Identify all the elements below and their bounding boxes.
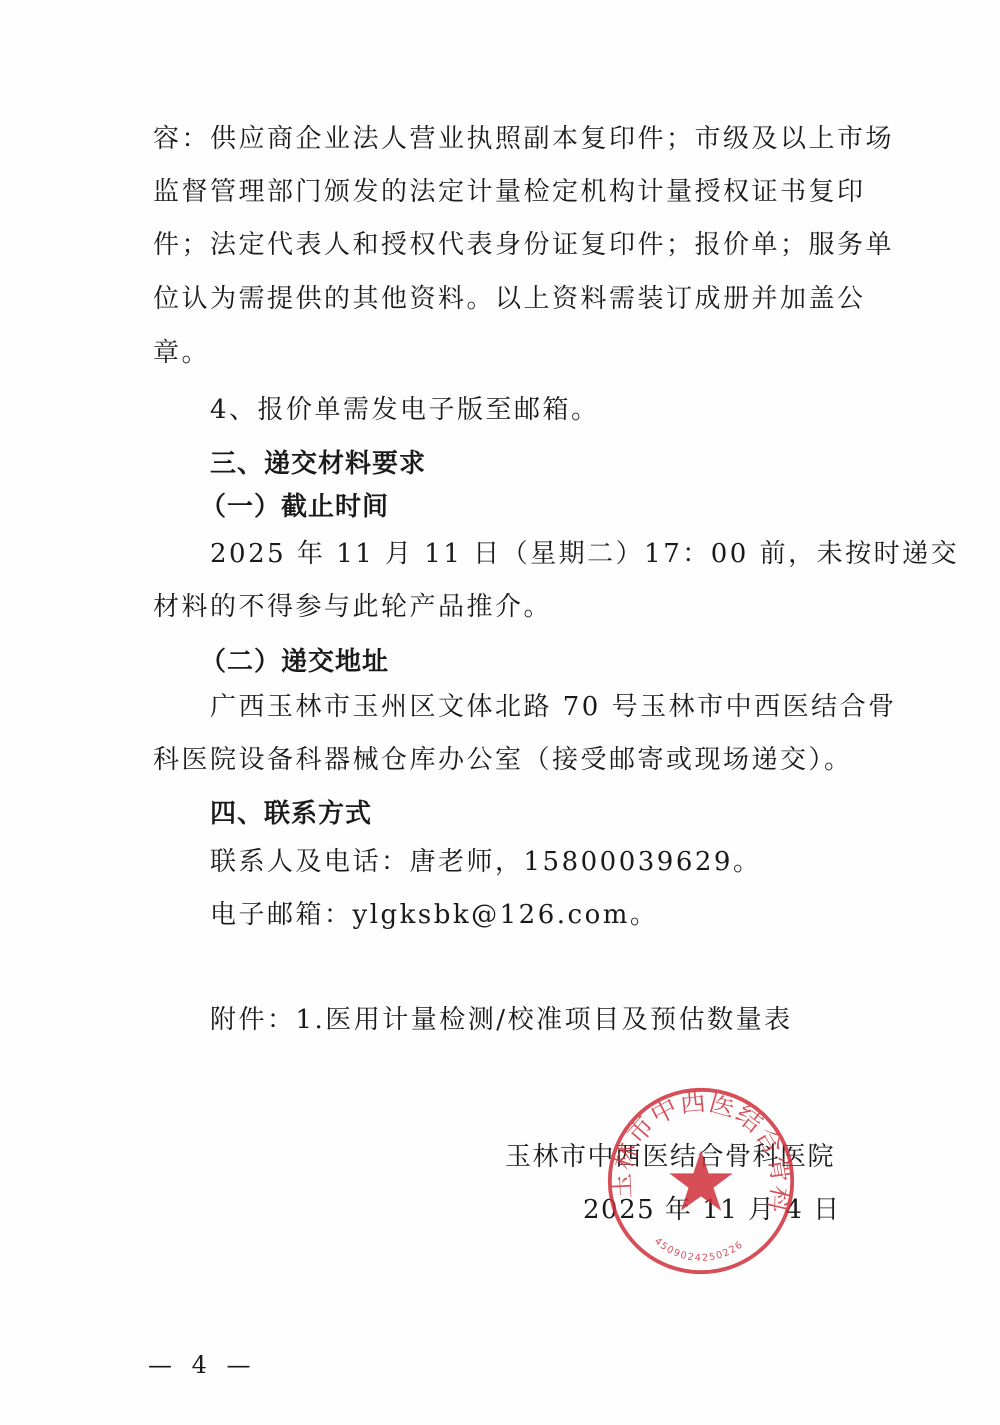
deadline-line-1: 2025 年 11 月 11 日（星期二）17：00 前，未按时递交 <box>210 537 959 571</box>
document-page: 容：供应商企业法人营业执照副本复印件；市级及以上市场 监督管理部门颁发的法定计量… <box>0 0 1000 1425</box>
section-3-sub-1-heading: （一）截止时间 <box>200 490 389 524</box>
body-line-3: 件；法定代表人和授权代表身份证复印件；报价单；服务单 <box>153 228 851 262</box>
address-line-2: 科医院设备科器械仓库办公室（接受邮寄或现场递交）。 <box>153 743 853 777</box>
page-number: — 4 — <box>148 1350 257 1380</box>
deadline-line-2: 材料的不得参与此轮产品推介。 <box>153 590 552 624</box>
body-line-2: 监督管理部门颁发的法定计量检定机构计量授权证书复印 <box>153 175 851 209</box>
signature-date: 2025 年 11 月 4 日 <box>583 1193 841 1227</box>
section-4-heading: 四、联系方式 <box>210 797 372 831</box>
body-line-5: 章。 <box>153 336 210 370</box>
signature-organization: 玉林市中西医结合骨科医院 <box>505 1140 835 1174</box>
seal-serial-text: 4509024250226 <box>652 1236 746 1264</box>
section-3-sub-2-heading: （二）递交地址 <box>200 645 389 679</box>
section-3-heading: 三、递交材料要求 <box>210 447 426 481</box>
body-line-1: 容：供应商企业法人营业执照副本复印件；市级及以上市场 <box>153 122 851 156</box>
body-line-4: 位认为需提供的其他资料。以上资料需装订成册并加盖公 <box>153 282 851 316</box>
contact-line: 联系人及电话：唐老师，15800039629。 <box>210 845 761 879</box>
email-line: 电子邮箱：ylgksbk@126.com。 <box>210 898 658 932</box>
attachment-line: 附件：1.医用计量检测/校准项目及预估数量表 <box>210 1003 793 1037</box>
official-seal-icon: 玉林市中西医结合骨科医院 4509024250226 <box>605 1085 797 1277</box>
item-4: 4、报价单需发电子版至邮箱。 <box>210 393 600 427</box>
svg-text:4509024250226: 4509024250226 <box>652 1236 746 1264</box>
address-line-1: 广西玉林市玉州区文体北路 70 号玉林市中西医结合骨 <box>210 690 897 724</box>
